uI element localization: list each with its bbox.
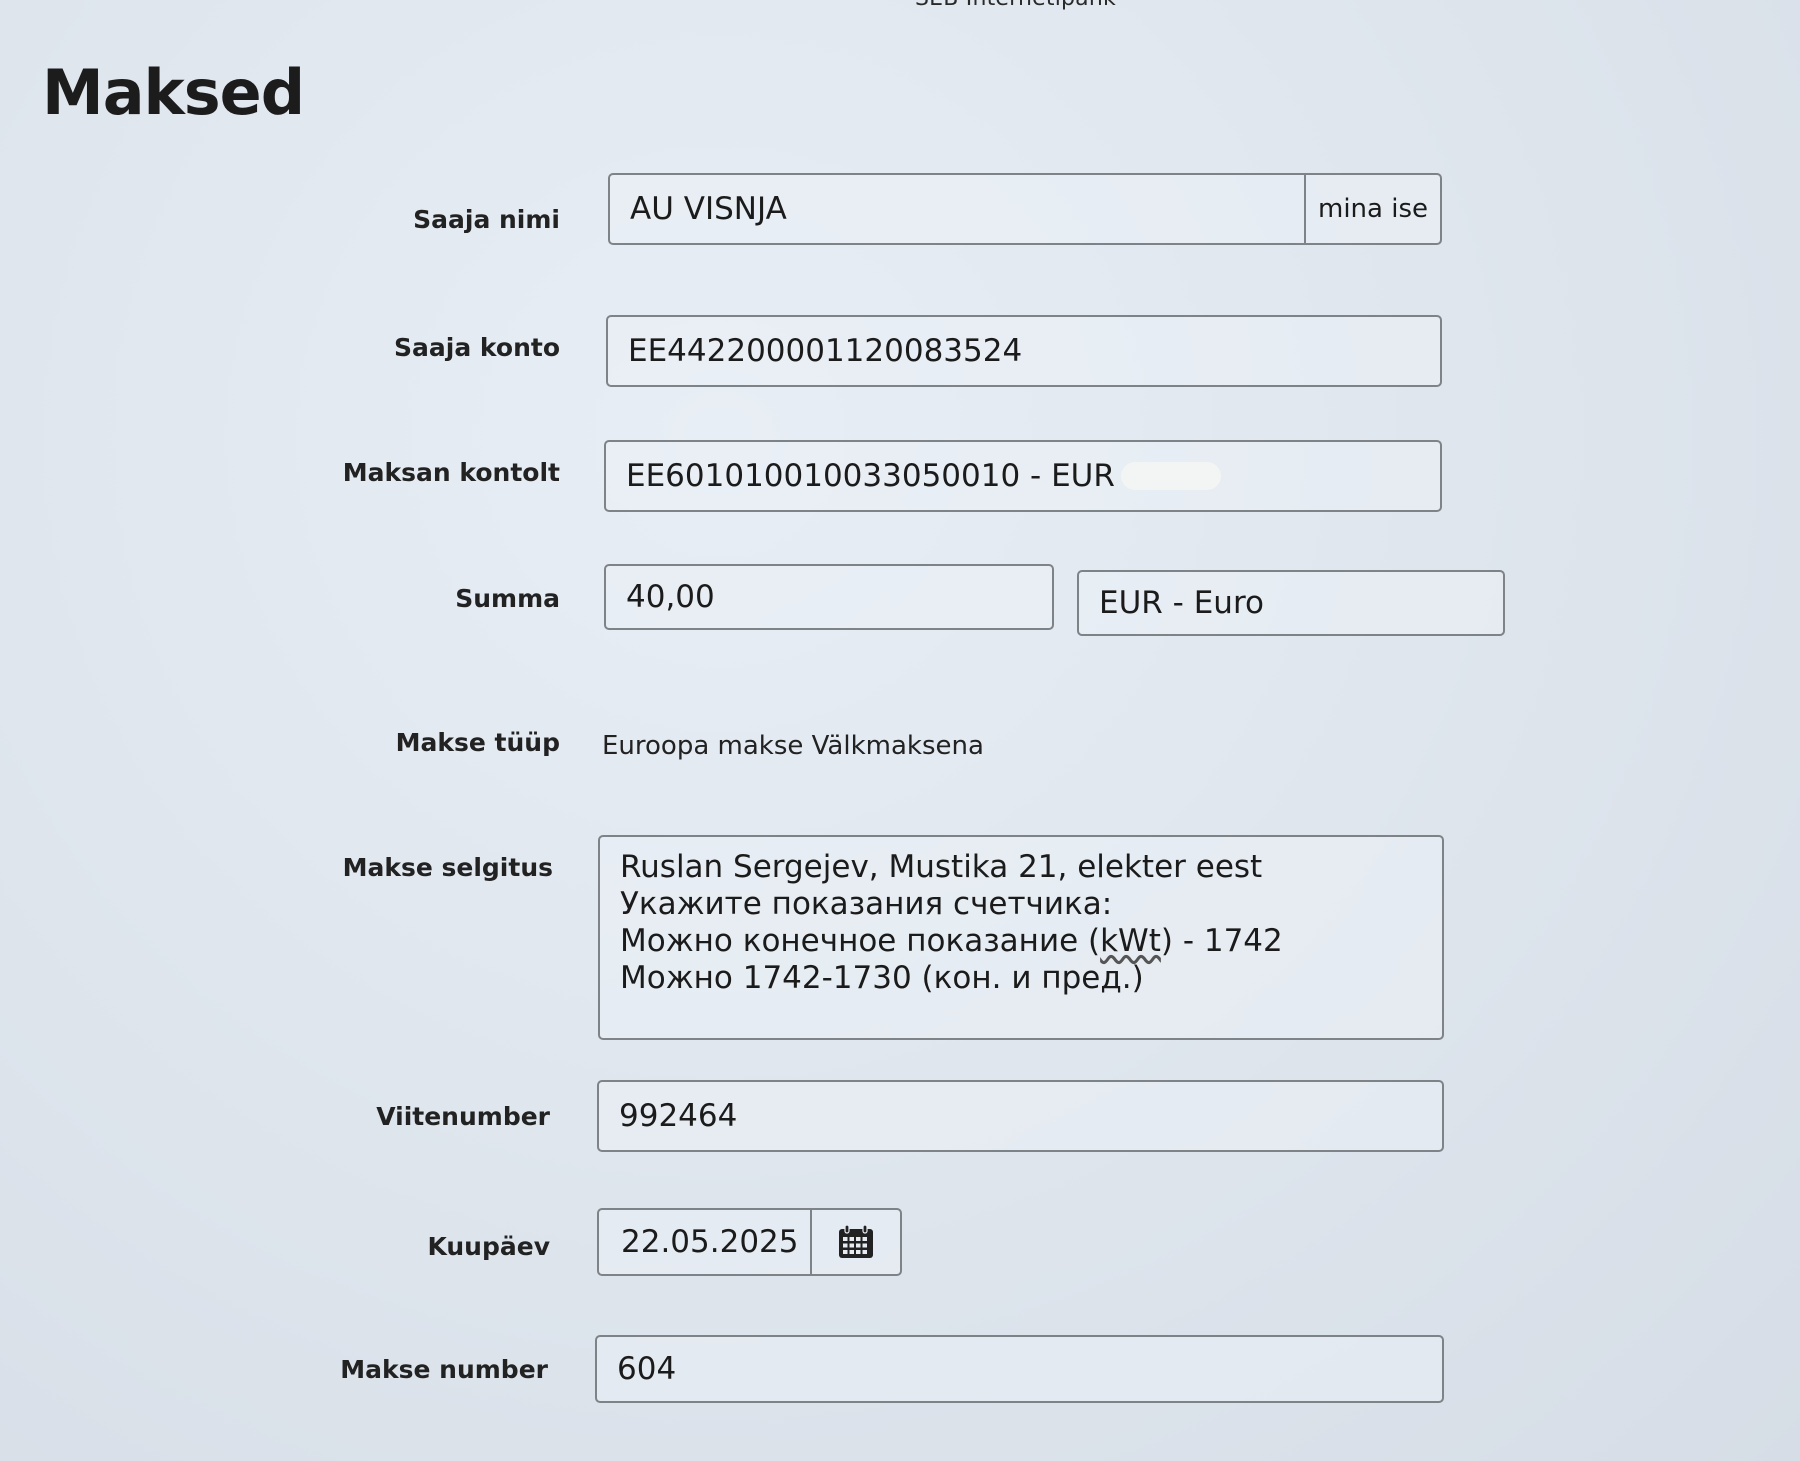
reference-number-label: Viitenumber <box>0 1102 550 1131</box>
reference-number-value: 992464 <box>619 1098 737 1134</box>
header-brand: SEB Internetipank <box>915 0 1116 11</box>
date-group: 22.05.2025 <box>597 1208 902 1276</box>
amount-value: 40,00 <box>626 579 715 615</box>
payment-number-input[interactable]: 604 <box>595 1335 1444 1403</box>
recipient-account-value: EE442200001120083524 <box>628 333 1022 369</box>
payment-type-value: Euroopa makse Välkmaksena <box>602 731 984 761</box>
payer-account-label: Maksan kontolt <box>0 458 560 487</box>
spellcheck-underline: kWt <box>1100 923 1161 959</box>
payer-account-select[interactable]: EE601010010033050010 - EUR <box>604 440 1442 512</box>
recipient-name-input[interactable]: AU VISNJA <box>610 175 1304 243</box>
date-input[interactable]: 22.05.2025 <box>599 1210 810 1274</box>
description-line-3: Можно конечное показание (kWt) - 1742 <box>620 923 1422 960</box>
redacted-balance <box>1121 462 1221 490</box>
calendar-icon <box>838 1225 874 1259</box>
description-label: Makse selgitus <box>0 853 553 882</box>
page-title: Maksed <box>42 56 304 129</box>
self-button[interactable]: mina ise <box>1304 175 1440 243</box>
amount-label: Summa <box>0 584 560 613</box>
description-line-2: Укажите показания счетчика: <box>620 886 1422 923</box>
description-textarea[interactable]: Ruslan Sergejev, Mustika 21, elekter ees… <box>598 835 1444 1040</box>
recipient-account-input[interactable]: EE442200001120083524 <box>606 315 1442 387</box>
description-line-1: Ruslan Sergejev, Mustika 21, elekter ees… <box>620 849 1422 886</box>
payer-account-value: EE601010010033050010 - EUR <box>626 458 1115 494</box>
recipient-name-label: Saaja nimi <box>0 205 560 234</box>
reference-number-input[interactable]: 992464 <box>597 1080 1444 1152</box>
date-label: Kuupäev <box>0 1232 550 1261</box>
payment-number-label: Makse number <box>0 1355 548 1384</box>
calendar-button[interactable] <box>810 1210 900 1274</box>
payment-number-value: 604 <box>617 1351 676 1387</box>
recipient-name-group: AU VISNJA mina ise <box>608 173 1442 245</box>
recipient-account-label: Saaja konto <box>0 333 560 362</box>
amount-input[interactable]: 40,00 <box>604 564 1054 630</box>
payment-type-label: Makse tüüp <box>0 728 560 757</box>
currency-select[interactable]: EUR - Euro <box>1077 570 1505 636</box>
currency-value: EUR - Euro <box>1099 585 1264 621</box>
description-line-4: Можно 1742-1730 (кон. и пред.) <box>620 960 1422 997</box>
